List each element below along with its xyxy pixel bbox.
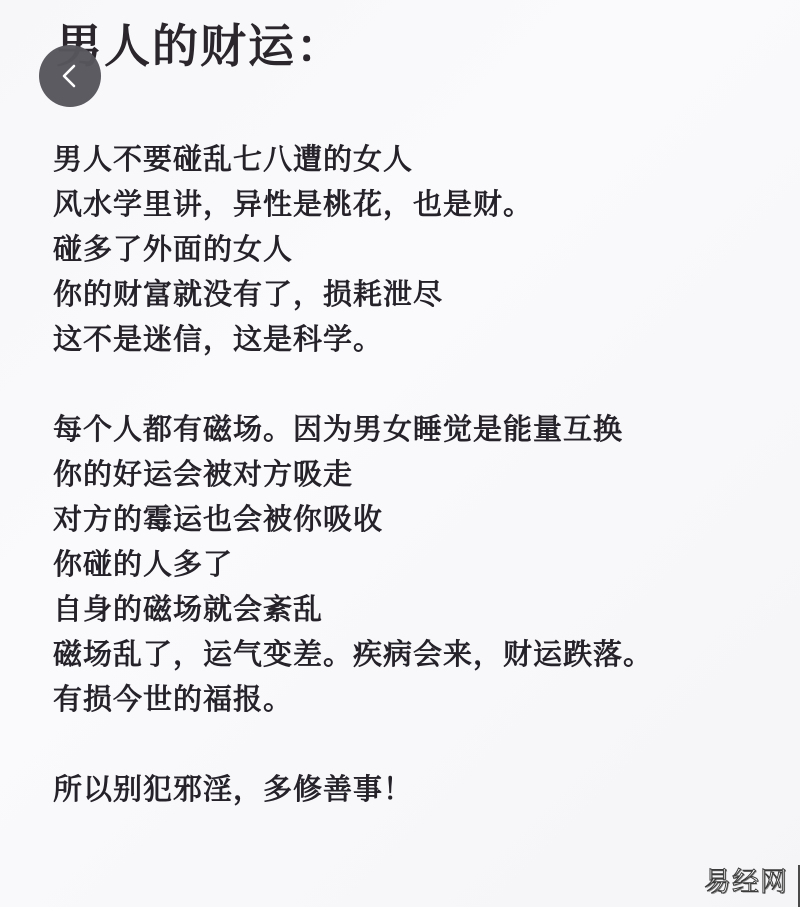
paragraph-spacer <box>53 362 773 407</box>
text-line: 你的财富就没有了，损耗泄尽 <box>53 272 773 317</box>
text-line: 对方的霉运也会被你吸收 <box>53 497 773 542</box>
paragraph-spacer <box>53 722 773 767</box>
chevron-left-icon <box>57 63 83 89</box>
paragraph-1: 男人不要碰乱七八遭的女人 风水学里讲，异性是桃花，也是财。 碰多了外面的女人 你… <box>53 137 773 362</box>
back-button[interactable] <box>39 45 101 107</box>
text-line: 你的好运会被对方吸走 <box>53 452 773 497</box>
text-line: 磁场乱了，运气变差。疾病会来，财运跌落。 <box>53 632 773 677</box>
text-line: 有损今世的福报。 <box>53 677 773 722</box>
text-line: 碰多了外面的女人 <box>53 227 773 272</box>
text-line: 这不是迷信，这是科学。 <box>53 317 773 362</box>
paragraph-3: 所以别犯邪淫，多修善事！ <box>53 767 773 812</box>
text-line: 男人不要碰乱七八遭的女人 <box>53 137 773 182</box>
article-body: 男人不要碰乱七八遭的女人 风水学里讲，异性是桃花，也是财。 碰多了外面的女人 你… <box>53 137 773 812</box>
text-line: 自身的磁场就会紊乱 <box>53 587 773 632</box>
text-line: 所以别犯邪淫，多修善事！ <box>53 767 773 812</box>
text-line: 你碰的人多了 <box>53 542 773 587</box>
text-line: 风水学里讲，异性是桃花，也是财。 <box>53 182 773 227</box>
watermark: 易经网 <box>704 860 788 899</box>
paragraph-2: 每个人都有磁场。因为男女睡觉是能量互换 你的好运会被对方吸走 对方的霉运也会被你… <box>53 407 773 722</box>
text-line: 每个人都有磁场。因为男女睡觉是能量互换 <box>53 407 773 452</box>
